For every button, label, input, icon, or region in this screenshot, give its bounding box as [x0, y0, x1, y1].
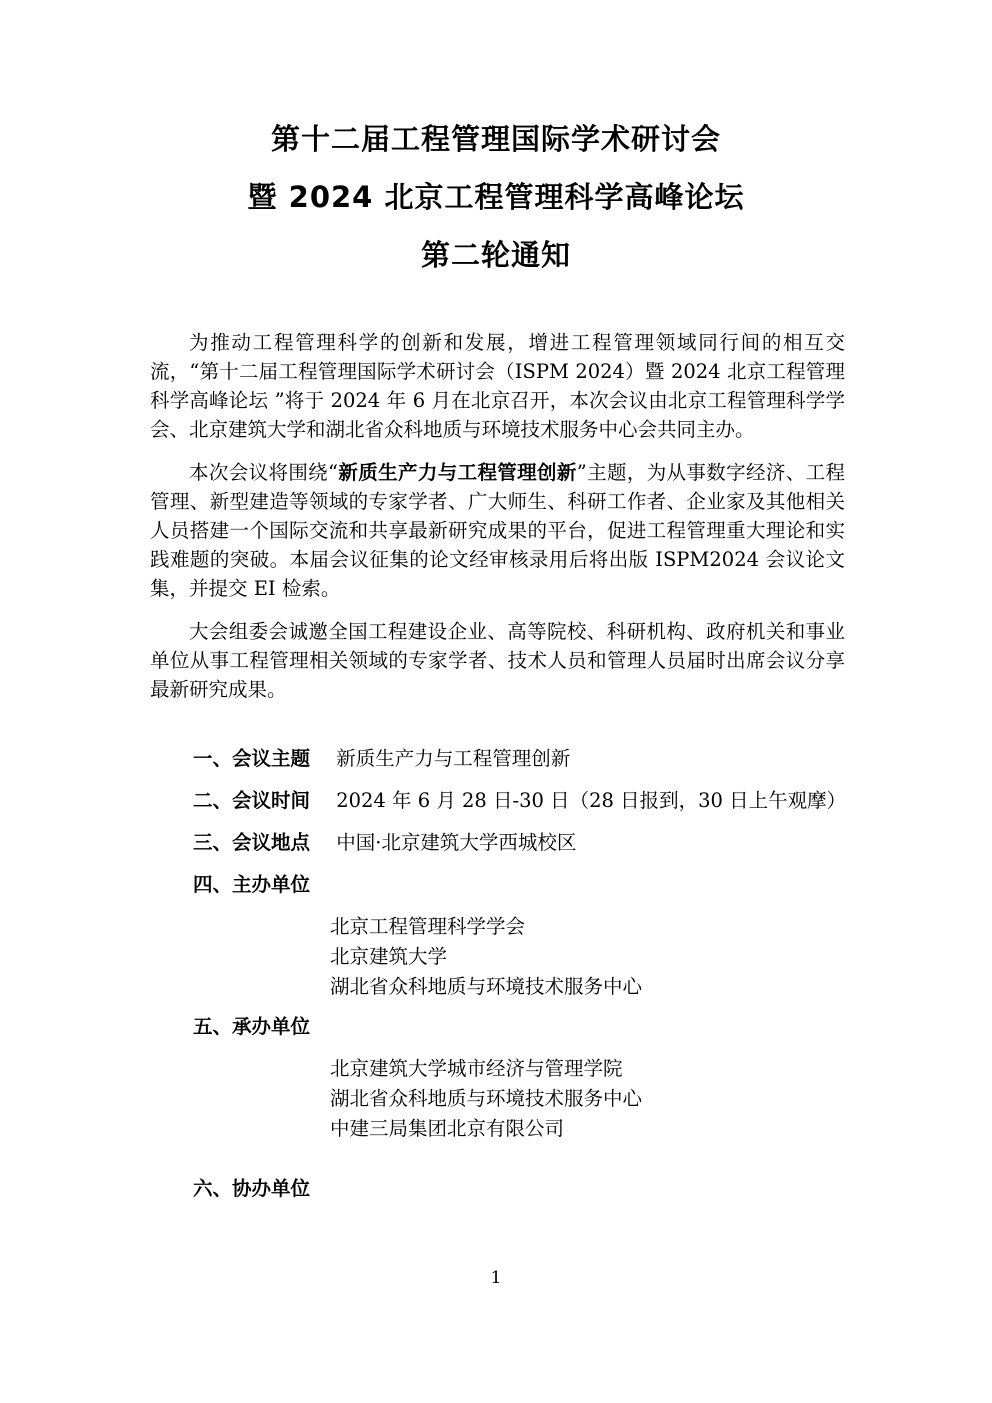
- section-time: 二、会议时间 2024 年 6 月 28 日-30 日（28 日报到，30 日上…: [150, 786, 845, 816]
- section-time-value: 2024 年 6 月 28 日-30 日（28 日报到，30 日上午观摩）: [336, 789, 846, 812]
- page-number: 1: [0, 1268, 992, 1288]
- organizer-org: 湖北省众科地质与环境技术服务中心: [330, 1084, 845, 1114]
- sections-list: 一、会议主题 新质生产力与工程管理创新 二、会议时间 2024 年 6 月 28…: [150, 744, 845, 1204]
- paragraph-theme-before: 本次会议将围绕“: [189, 461, 338, 484]
- section-hosts: 四、主办单位: [150, 870, 845, 900]
- section-organizers: 五、承办单位: [150, 1012, 845, 1042]
- section-venue-value: 中国·北京建筑大学西城校区: [336, 831, 576, 854]
- host-org: 北京工程管理科学学会: [330, 912, 845, 942]
- section-hosts-label: 四、主办单位: [193, 870, 330, 900]
- title-line-1: 第十二届工程管理国际学术研讨会: [0, 110, 992, 168]
- hosts-org-list: 北京工程管理科学学会 北京建筑大学 湖北省众科地质与环境技术服务中心: [150, 912, 845, 1002]
- section-venue-label: 三、会议地点: [193, 828, 330, 858]
- document-title: 第十二届工程管理国际学术研讨会 暨 2024 北京工程管理科学高峰论坛 第二轮通…: [0, 0, 992, 284]
- host-org: 湖北省众科地质与环境技术服务中心: [330, 972, 845, 1002]
- organizer-org: 中建三局集团北京有限公司: [330, 1114, 845, 1144]
- paragraph-invitation: 大会组委会诚邀全国工程建设企业、高等院校、科研机构、政府机关和事业单位从事工程管…: [150, 617, 845, 704]
- section-theme: 一、会议主题 新质生产力与工程管理创新: [150, 744, 845, 774]
- organizers-org-list: 北京建筑大学城市经济与管理学院 湖北省众科地质与环境技术服务中心 中建三局集团北…: [150, 1054, 845, 1144]
- section-coorganizers-label: 六、协办单位: [193, 1174, 330, 1204]
- section-theme-value: 新质生产力与工程管理创新: [336, 747, 570, 770]
- host-org: 北京建筑大学: [330, 942, 845, 972]
- section-venue: 三、会议地点 中国·北京建筑大学西城校区: [150, 828, 845, 858]
- paragraph-intro: 为推动工程管理科学的创新和发展，增进工程管理领域同行间的相互交流，“第十二届工程…: [150, 328, 845, 444]
- section-organizers-label: 五、承办单位: [193, 1012, 330, 1042]
- title-line-2: 暨 2024 北京工程管理科学高峰论坛: [0, 168, 992, 226]
- document-page: 第十二届工程管理国际学术研讨会 暨 2024 北京工程管理科学高峰论坛 第二轮通…: [0, 0, 992, 1403]
- section-coorganizers: 六、协办单位: [150, 1174, 845, 1204]
- section-theme-label: 一、会议主题: [193, 744, 330, 774]
- paragraph-theme: 本次会议将围绕“新质生产力与工程管理创新”主题，为从事数字经济、工程管理、新型建…: [150, 458, 845, 603]
- paragraph-theme-bold: 新质生产力与工程管理创新: [338, 461, 577, 484]
- body-text: 为推动工程管理科学的创新和发展，增进工程管理领域同行间的相互交流，“第十二届工程…: [150, 328, 845, 704]
- section-time-label: 二、会议时间: [193, 786, 330, 816]
- organizer-org: 北京建筑大学城市经济与管理学院: [330, 1054, 845, 1084]
- title-line-3: 第二轮通知: [0, 226, 992, 284]
